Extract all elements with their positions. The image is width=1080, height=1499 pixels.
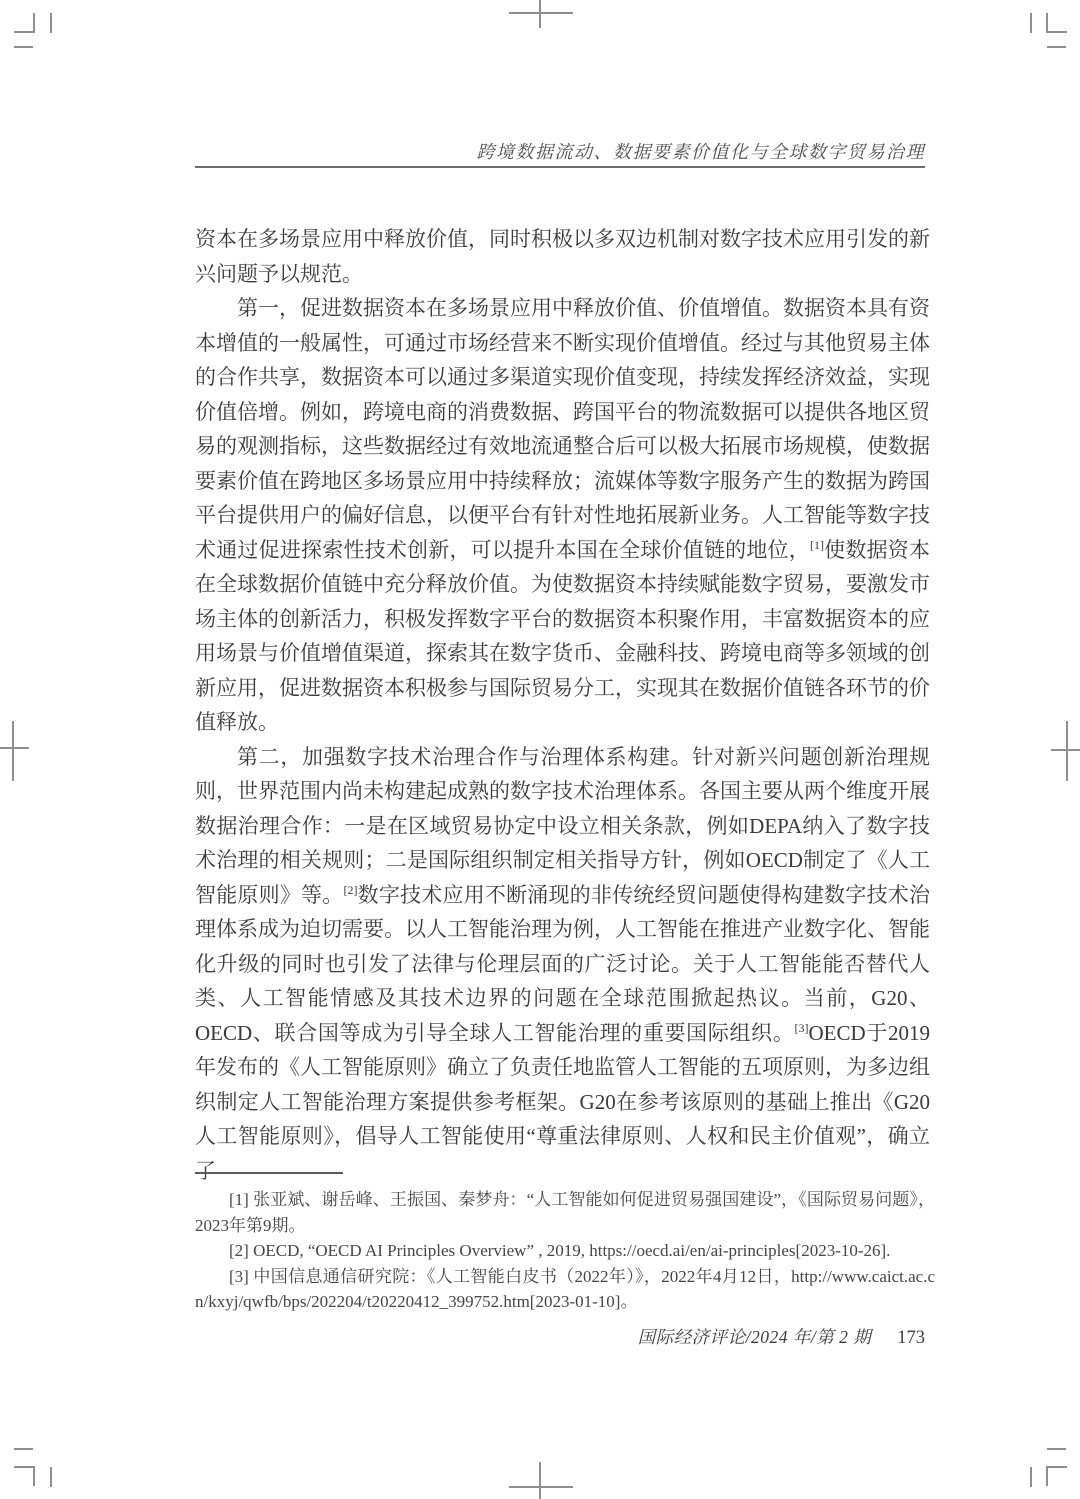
crop-mark-line <box>539 1462 541 1499</box>
crop-mark-line <box>1046 1466 1067 1468</box>
journal-page: 跨境数据流动、数据要素价值化与全球数字贸易治理 资本在多场景应用中释放价值，同时… <box>0 0 1080 1499</box>
crop-mark-line <box>50 1467 52 1487</box>
body-text: 资本在多场景应用中释放价值，同时积极以多双边机制对数字技术应用引发的新兴问题予以… <box>195 222 930 1188</box>
header-rule <box>195 166 925 168</box>
crop-mark-line <box>1046 13 1048 33</box>
crop-mark-line <box>0 747 29 749</box>
crop-mark-line <box>33 13 35 33</box>
crop-mark-line <box>1030 1467 1032 1487</box>
footnote-ref: [3] <box>795 1021 809 1035</box>
crop-mark-line <box>509 1486 573 1488</box>
crop-mark-line <box>14 46 33 48</box>
footnote-item: [3] 中国信息通信研究院：《人工智能白皮书（2022年）》，2022年4月12… <box>195 1264 935 1315</box>
crop-mark-line <box>1046 31 1067 33</box>
paragraph: 第一，促进数据资本在多场景应用中释放价值、价值增值。数据资本具有资本增值的一般属… <box>195 291 930 740</box>
footnote-item: [1] 张亚斌、谢岳峰、王振国、秦梦舟：“人工智能如何促进贸易强国建设”，《国际… <box>195 1187 935 1238</box>
crop-mark-line <box>1066 721 1068 781</box>
crop-mark-line <box>539 0 541 28</box>
paragraph: 第二，加强数字技术治理合作与治理体系构建。针对新兴问题创新治理规则，世界范围内尚… <box>195 740 930 1189</box>
crop-mark-line <box>509 12 573 14</box>
crop-mark-line <box>1051 749 1080 751</box>
crop-mark-line <box>1047 1448 1066 1450</box>
footer-page-number: 173 <box>897 1328 925 1348</box>
crop-mark-line <box>14 1466 35 1468</box>
footnote-ref: [1] <box>810 538 824 552</box>
footnote-item: [2] OECD, “OECD AI Principles Overview” … <box>195 1238 935 1264</box>
paragraph: 资本在多场景应用中释放价值，同时积极以多双边机制对数字技术应用引发的新兴问题予以… <box>195 222 930 291</box>
running-header-title: 跨境数据流动、数据要素价值化与全球数字贸易治理 <box>195 138 925 164</box>
crop-mark-line <box>50 13 52 33</box>
crop-mark-line <box>1047 46 1066 48</box>
footer-journal-title: 国际经济评论/2024 年/第 2 期 <box>638 1327 872 1347</box>
footnote-ref: [2] <box>343 883 357 897</box>
paragraph-text: 资本在多场景应用中释放价值，同时积极以多双边机制对数字技术应用引发的新兴问题予以… <box>195 227 930 286</box>
paragraph-text: 使数据资本在全球数据价值链中充分释放价值。为使数据资本持续赋能数字贸易，要激发市… <box>195 538 930 735</box>
page-footer: 国际经济评论/2024 年/第 2 期173 <box>195 1324 925 1349</box>
crop-mark-line <box>1030 13 1032 33</box>
crop-mark-line <box>33 1466 35 1486</box>
crop-mark-line <box>1046 1466 1048 1486</box>
footnotes: [1] 张亚斌、谢岳峰、王振国、秦梦舟：“人工智能如何促进贸易强国建设”，《国际… <box>195 1187 935 1315</box>
crop-mark-line <box>14 31 35 33</box>
paragraph-text: 第一，促进数据资本在多场景应用中释放价值、价值增值。数据资本具有资本增值的一般属… <box>195 296 930 562</box>
crop-mark-line <box>14 1448 33 1450</box>
footnote-separator <box>195 1172 343 1174</box>
crop-mark-line <box>12 721 14 781</box>
